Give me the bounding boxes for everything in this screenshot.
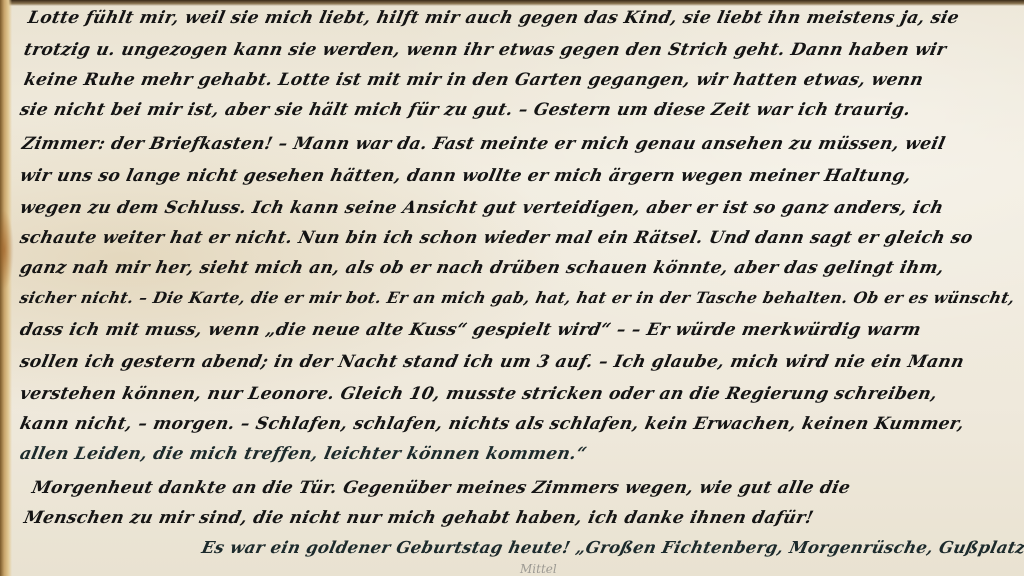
bottom-cut-off-text: Mittel	[520, 562, 557, 576]
handwritten-line: sollen ich gestern abend; in der Nacht s…	[18, 352, 966, 372]
handwritten-line: wir uns so lange nicht gesehen hätten, d…	[18, 166, 913, 186]
handwritten-line: sie nicht bei mir ist, aber sie hält mic…	[18, 100, 913, 120]
handwritten-line: Morgenheut dankte an die Tür. Gegenüber …	[30, 478, 852, 498]
handwritten-line: Es war ein goldener Geburtstag heute! „G…	[200, 538, 1024, 557]
handwritten-line: sicher nicht. – Die Karte, die er mir bo…	[18, 288, 1017, 307]
handwritten-line: Zimmer: der Briefkasten! – Mann war da. …	[20, 134, 947, 154]
handwritten-line: keine Ruhe mehr gehabt. Lotte ist mit mi…	[22, 70, 925, 90]
handwritten-line: verstehen können, nur Leonore. Gleich 10…	[18, 384, 939, 404]
paper-page: Lotte fühlt mir, weil sie mich liebt, hi…	[0, 0, 1024, 576]
age-stain	[0, 210, 14, 290]
handwritten-line: wegen zu dem Schluss. Ich kann seine Ans…	[18, 198, 945, 218]
handwritten-line: allen Leiden, die mich treffen, leichter…	[18, 444, 589, 464]
handwritten-line: trotzig u. ungezogen kann sie werden, we…	[22, 40, 948, 60]
handwritten-line: dass ich mit muss, wenn „die neue alte K…	[18, 320, 923, 340]
handwritten-line: schaute weiter hat er nicht. Nun bin ich…	[18, 228, 975, 248]
handwritten-line: Lotte fühlt mir, weil sie mich liebt, hi…	[26, 8, 961, 28]
handwritten-line: Menschen zu mir sind, die nicht nur mich…	[22, 508, 815, 528]
handwritten-line: kann nicht, – morgen. – Schlafen, schlaf…	[18, 414, 966, 434]
page-top-edge	[0, 0, 1024, 6]
handwritten-line: ganz nah mir her, sieht mich an, als ob …	[18, 258, 946, 278]
